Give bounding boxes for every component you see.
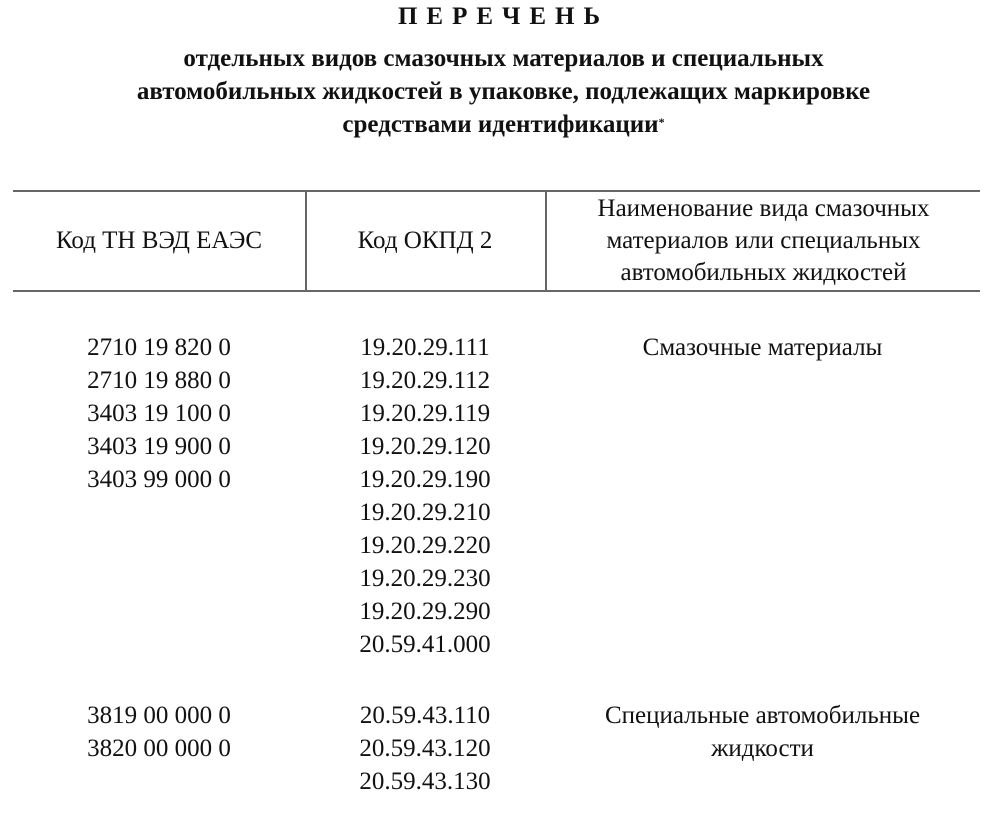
okpd2-codes-column: 19.20.29.111 19.20.29.112 19.20.29.119 1…: [305, 331, 545, 661]
subtitle-line: средствами идентификации*: [0, 108, 1007, 141]
tn-ved-code: 2710 19 880 0: [13, 364, 305, 397]
tn-ved-code: 3403 19 100 0: [13, 397, 305, 430]
tn-ved-code: 3820 00 000 0: [13, 732, 305, 765]
tn-ved-code: 2710 19 820 0: [13, 331, 305, 364]
category-name-column: Специальные автомобильные жидкости: [545, 699, 980, 765]
header-name-line: Наименование вида смазочных: [598, 193, 930, 225]
subtitle-line: отдельных видов смазочных материалов и с…: [0, 42, 1007, 75]
category-name: жидкости: [545, 732, 980, 765]
okpd2-code: 19.20.29.290: [305, 595, 545, 628]
okpd2-codes-column: 20.59.43.110 20.59.43.120 20.59.43.130: [305, 699, 545, 798]
okpd2-code: 19.20.29.190: [305, 463, 545, 496]
header-tn-ved: Код ТН ВЭД ЕАЭС: [13, 192, 307, 290]
tn-ved-codes-column: 3819 00 000 0 3820 00 000 0: [13, 699, 305, 765]
document-subtitle: отдельных видов смазочных материалов и с…: [0, 42, 1007, 141]
subtitle-line-text: средствами идентификации: [342, 111, 658, 138]
tn-ved-codes-column: 2710 19 820 0 2710 19 880 0 3403 19 100 …: [13, 331, 305, 496]
okpd2-code: 19.20.29.120: [305, 430, 545, 463]
okpd2-code: 20.59.43.120: [305, 732, 545, 765]
header-tn-ved-label: Код ТН ВЭД ЕАЭС: [56, 225, 262, 257]
header-name: Наименование вида смазочных материалов и…: [547, 192, 980, 290]
okpd2-code: 20.59.41.000: [305, 628, 545, 661]
okpd2-code: 19.20.29.230: [305, 562, 545, 595]
okpd2-code: 19.20.29.210: [305, 496, 545, 529]
okpd2-code: 19.20.29.220: [305, 529, 545, 562]
header-okpd2: Код ОКПД 2: [305, 192, 547, 290]
category-name-column: Смазочные материалы: [545, 331, 980, 364]
subtitle-line: автомобильных жидкостей в упаковке, подл…: [0, 75, 1007, 108]
category-name: Специальные автомобильные: [545, 699, 980, 732]
okpd2-code: 20.59.43.130: [305, 765, 545, 798]
okpd2-code: 19.20.29.119: [305, 397, 545, 430]
category-name: Смазочные материалы: [545, 331, 980, 364]
okpd2-code: 19.20.29.112: [305, 364, 545, 397]
okpd2-code: 19.20.29.111: [305, 331, 545, 364]
okpd2-code: 20.59.43.110: [305, 699, 545, 732]
header-okpd2-label: Код ОКПД 2: [358, 225, 493, 257]
header-name-line: автомобильных жидкостей: [598, 257, 930, 289]
footnote-mark: *: [659, 115, 665, 129]
header-name-line: материалов или специальных: [598, 225, 930, 257]
tn-ved-code: 3403 99 000 0: [13, 463, 305, 496]
header-name-label: Наименование вида смазочных материалов и…: [598, 193, 930, 289]
tn-ved-code: 3819 00 000 0: [13, 699, 305, 732]
document-title: ПЕРЕЧЕНЬ: [0, 2, 1007, 32]
tn-ved-code: 3403 19 900 0: [13, 430, 305, 463]
table-header: Код ТН ВЭД ЕАЭС Код ОКПД 2 Наименование …: [13, 190, 980, 292]
